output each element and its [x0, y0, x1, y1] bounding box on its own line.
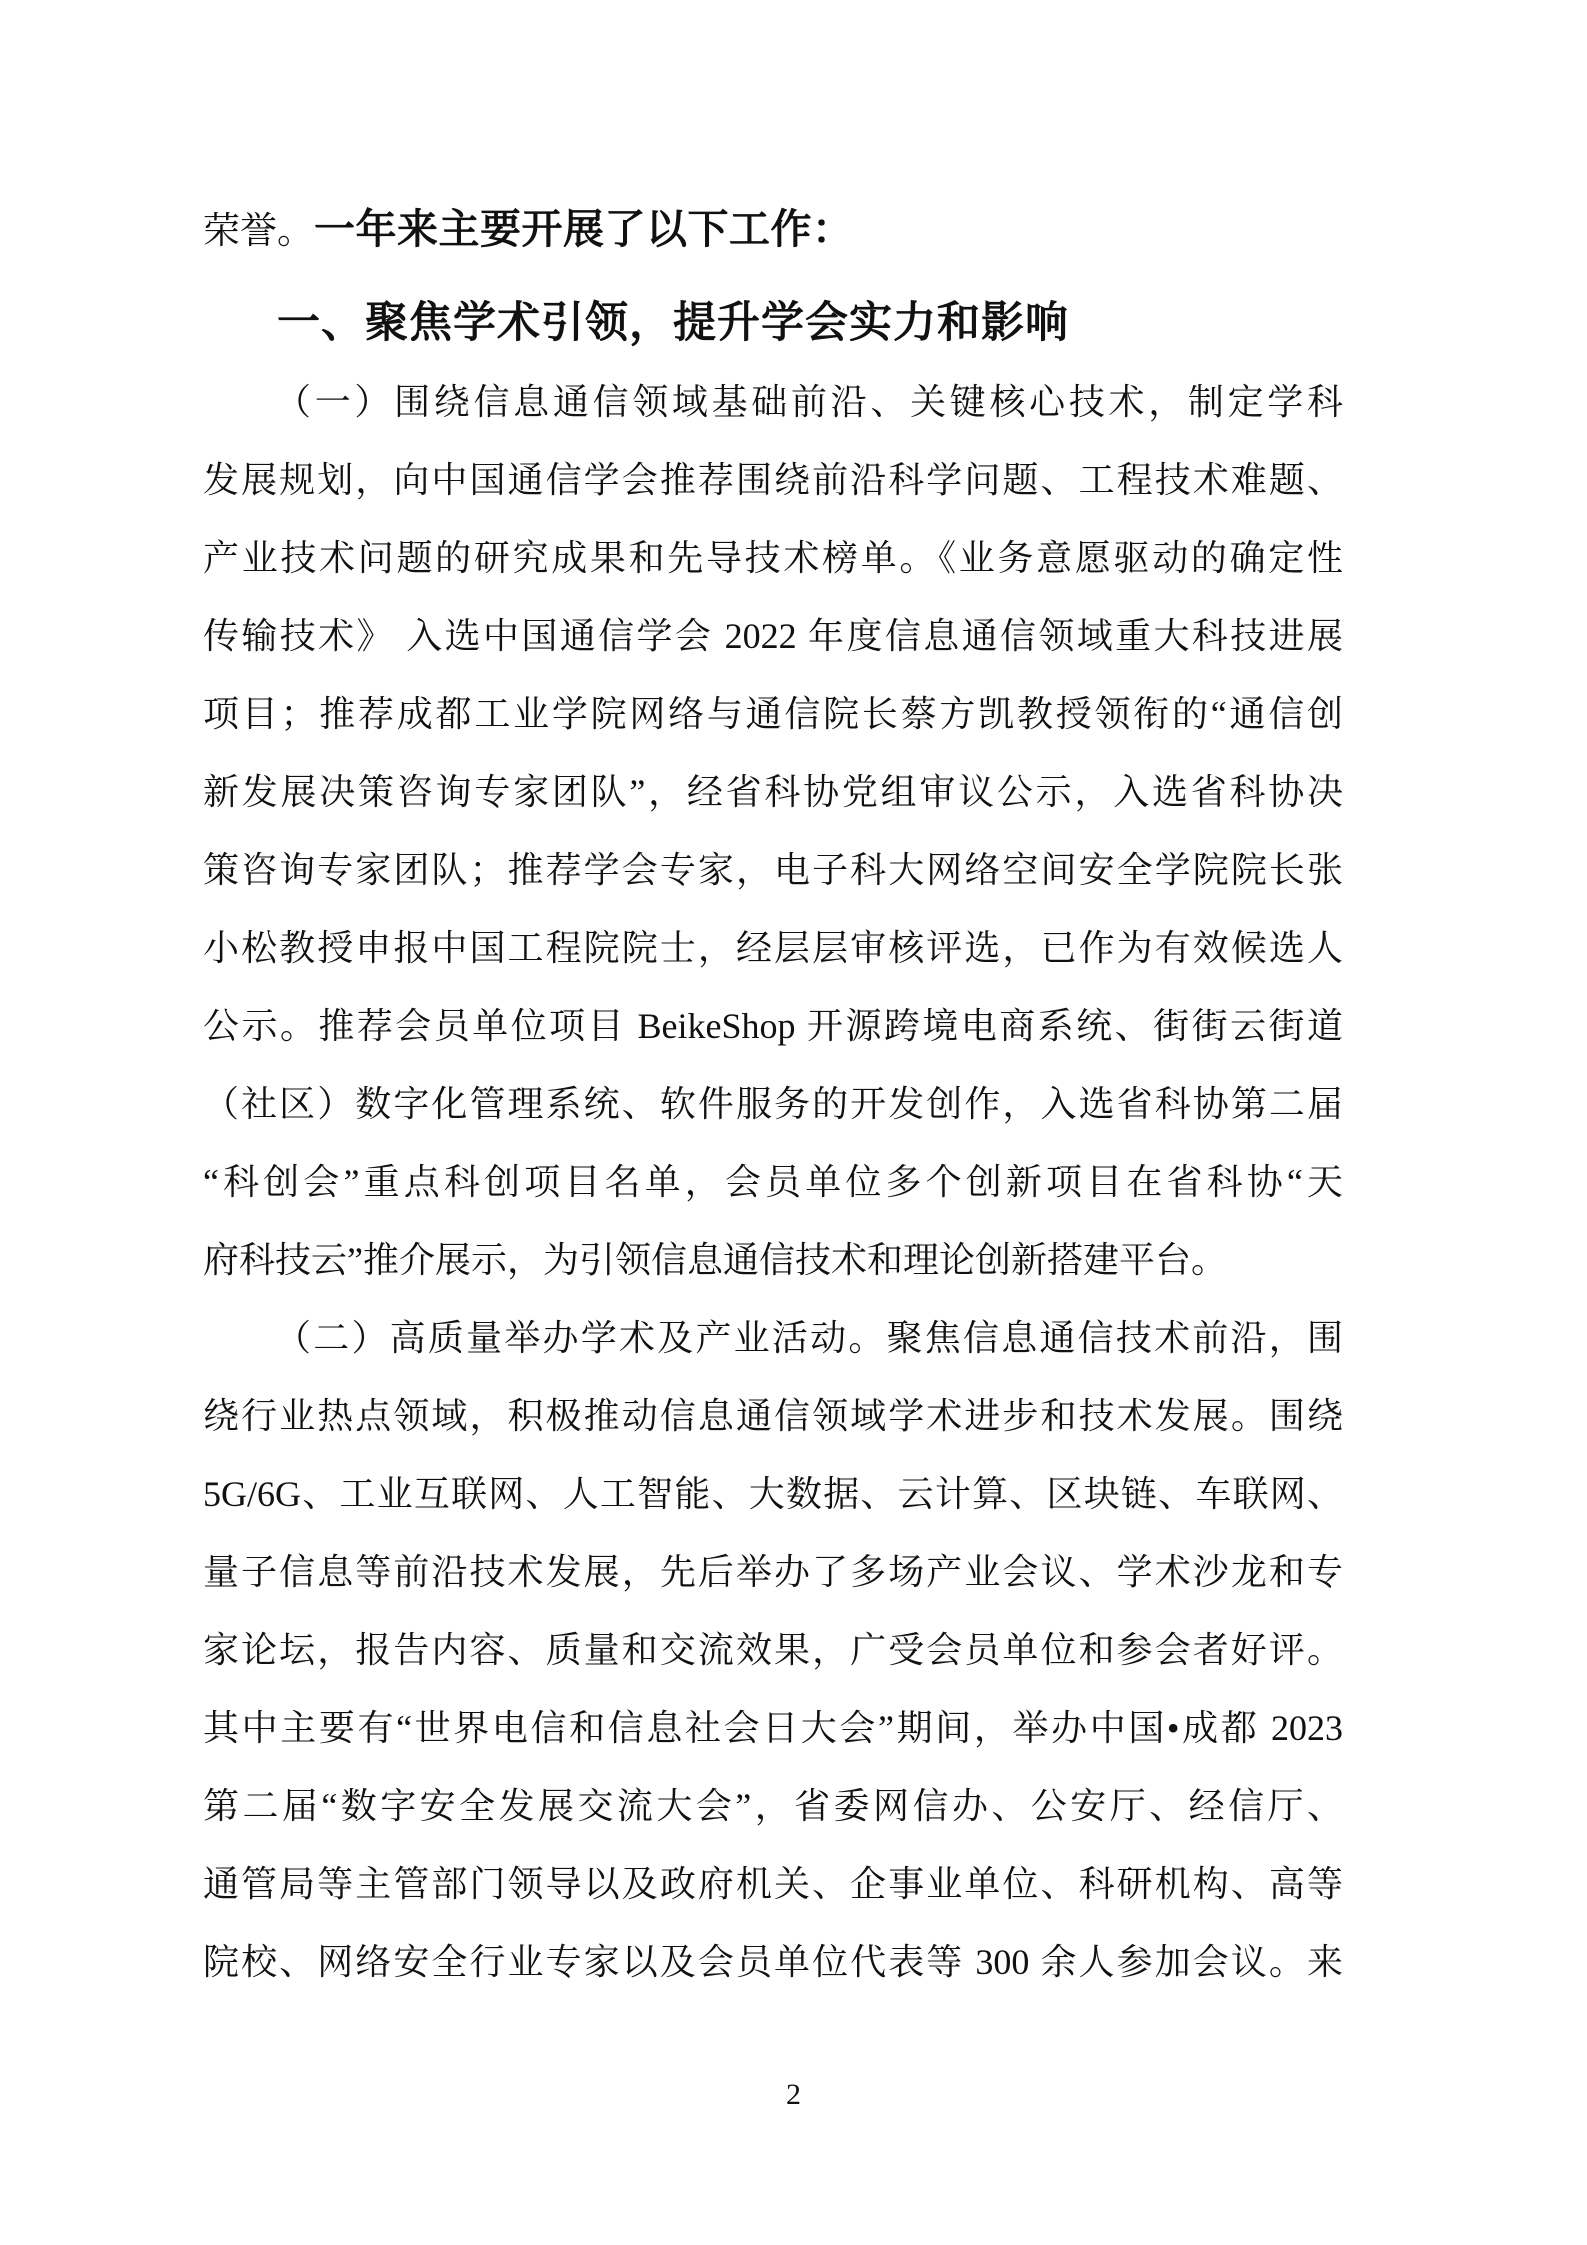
paragraph-2-line-9: 院校、网络安全行业专家以及会员单位代表等 300 余人参加会议。来 [203, 1923, 1343, 2001]
paragraphs-container: （一）围绕信息通信领域基础前沿、关键核心技术，制定学科发展规划，向中国通信学会推… [203, 363, 1343, 2001]
paragraph-1-line-10: （社区）数字化管理系统、软件服务的开发创作，入选省科协第二届 [203, 1065, 1343, 1143]
paragraph-1-line-1: （一）围绕信息通信领域基础前沿、关键核心技术，制定学科 [203, 363, 1343, 441]
document-content: 荣誉。一年来主要开展了以下工作： 一、聚焦学术引领，提升学会实力和影响 （一）围… [203, 190, 1343, 2001]
paragraph-2-line-1: （二）高质量举办学术及产业活动。聚焦信息通信技术前沿，围 [203, 1299, 1343, 1377]
paragraph-2-line-5: 家论坛，报告内容、质量和交流效果，广受会员单位和参会者好评。 [203, 1611, 1343, 1689]
intro-normal-text: 荣誉。 [203, 211, 314, 252]
paragraph-1-line-9: 公示。推荐会员单位项目 BeikeShop 开源跨境电商系统、街街云街道 [203, 987, 1343, 1065]
paragraph-1-line-7: 策咨询专家团队；推荐学会专家，电子科大网络空间安全学院院长张 [203, 831, 1343, 909]
paragraph-1: （一）围绕信息通信领域基础前沿、关键核心技术，制定学科发展规划，向中国通信学会推… [203, 363, 1343, 1299]
paragraph-1-line-12: 府科技云”推介展示，为引领信息通信技术和理论创新搭建平台。 [203, 1221, 1343, 1299]
paragraph-2-line-3: 5G/6G、工业互联网、人工智能、大数据、云计算、区块链、车联网、 [203, 1455, 1343, 1533]
paragraph-2-line-6: 其中主要有“世界电信和信息社会日大会”期间，举办中国•成都 2023 [203, 1689, 1343, 1767]
paragraph-2-line-4: 量子信息等前沿技术发展，先后举办了多场产业会议、学术沙龙和专 [203, 1533, 1343, 1611]
paragraph-2-line-7: 第二届“数字安全发展交流大会”，省委网信办、公安厅、经信厅、 [203, 1767, 1343, 1845]
paragraph-1-line-4: 传输技术》 入选中国通信学会 2022 年度信息通信领域重大科技进展 [203, 597, 1343, 675]
intro-line: 荣誉。一年来主要开展了以下工作： [203, 190, 1343, 271]
paragraph-2-line-2: 绕行业热点领域，积极推动信息通信领域学术进步和技术发展。围绕 [203, 1377, 1343, 1455]
paragraph-1-line-8: 小松教授申报中国工程院院士，经层层审核评选，已作为有效候选人 [203, 909, 1343, 987]
paragraph-1-line-2: 发展规划，向中国通信学会推荐围绕前沿科学问题、工程技术难题、 [203, 441, 1343, 519]
document-page: 荣誉。一年来主要开展了以下工作： 一、聚焦学术引领，提升学会实力和影响 （一）围… [0, 0, 1587, 2245]
paragraph-2-line-8: 通管局等主管部门领导以及政府机关、企事业单位、科研机构、高等 [203, 1845, 1343, 1923]
paragraph-2: （二）高质量举办学术及产业活动。聚焦信息通信技术前沿，围绕行业热点领域，积极推动… [203, 1299, 1343, 2001]
paragraph-1-line-6: 新发展决策咨询专家团队”，经省科协党组审议公示，入选省科协决 [203, 753, 1343, 831]
page-number: 2 [0, 2078, 1587, 2112]
section-heading: 一、聚焦学术引领，提升学会实力和影响 [203, 283, 1343, 363]
paragraph-1-line-5: 项目；推荐成都工业学院网络与通信院长蔡方凯教授领衔的“通信创 [203, 675, 1343, 753]
intro-bold-text: 一年来主要开展了以下工作： [314, 206, 854, 252]
paragraph-1-line-3: 产业技术问题的研究成果和先导技术榜单。《业务意愿驱动的确定性 [203, 519, 1343, 597]
paragraph-1-line-11: “科创会”重点科创项目名单，会员单位多个创新项目在省科协“天 [203, 1143, 1343, 1221]
